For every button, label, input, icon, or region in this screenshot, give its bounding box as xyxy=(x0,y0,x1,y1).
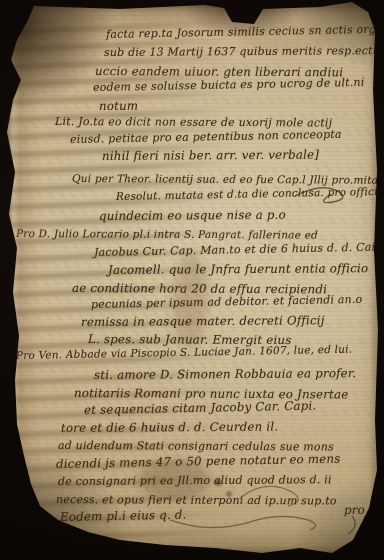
paper-edge-shading xyxy=(0,0,384,560)
manuscript-page: facta rep.ta Josorum similis cecius sn a… xyxy=(0,0,384,560)
photo-background: facta rep.ta Josorum similis cecius sn a… xyxy=(0,0,384,560)
